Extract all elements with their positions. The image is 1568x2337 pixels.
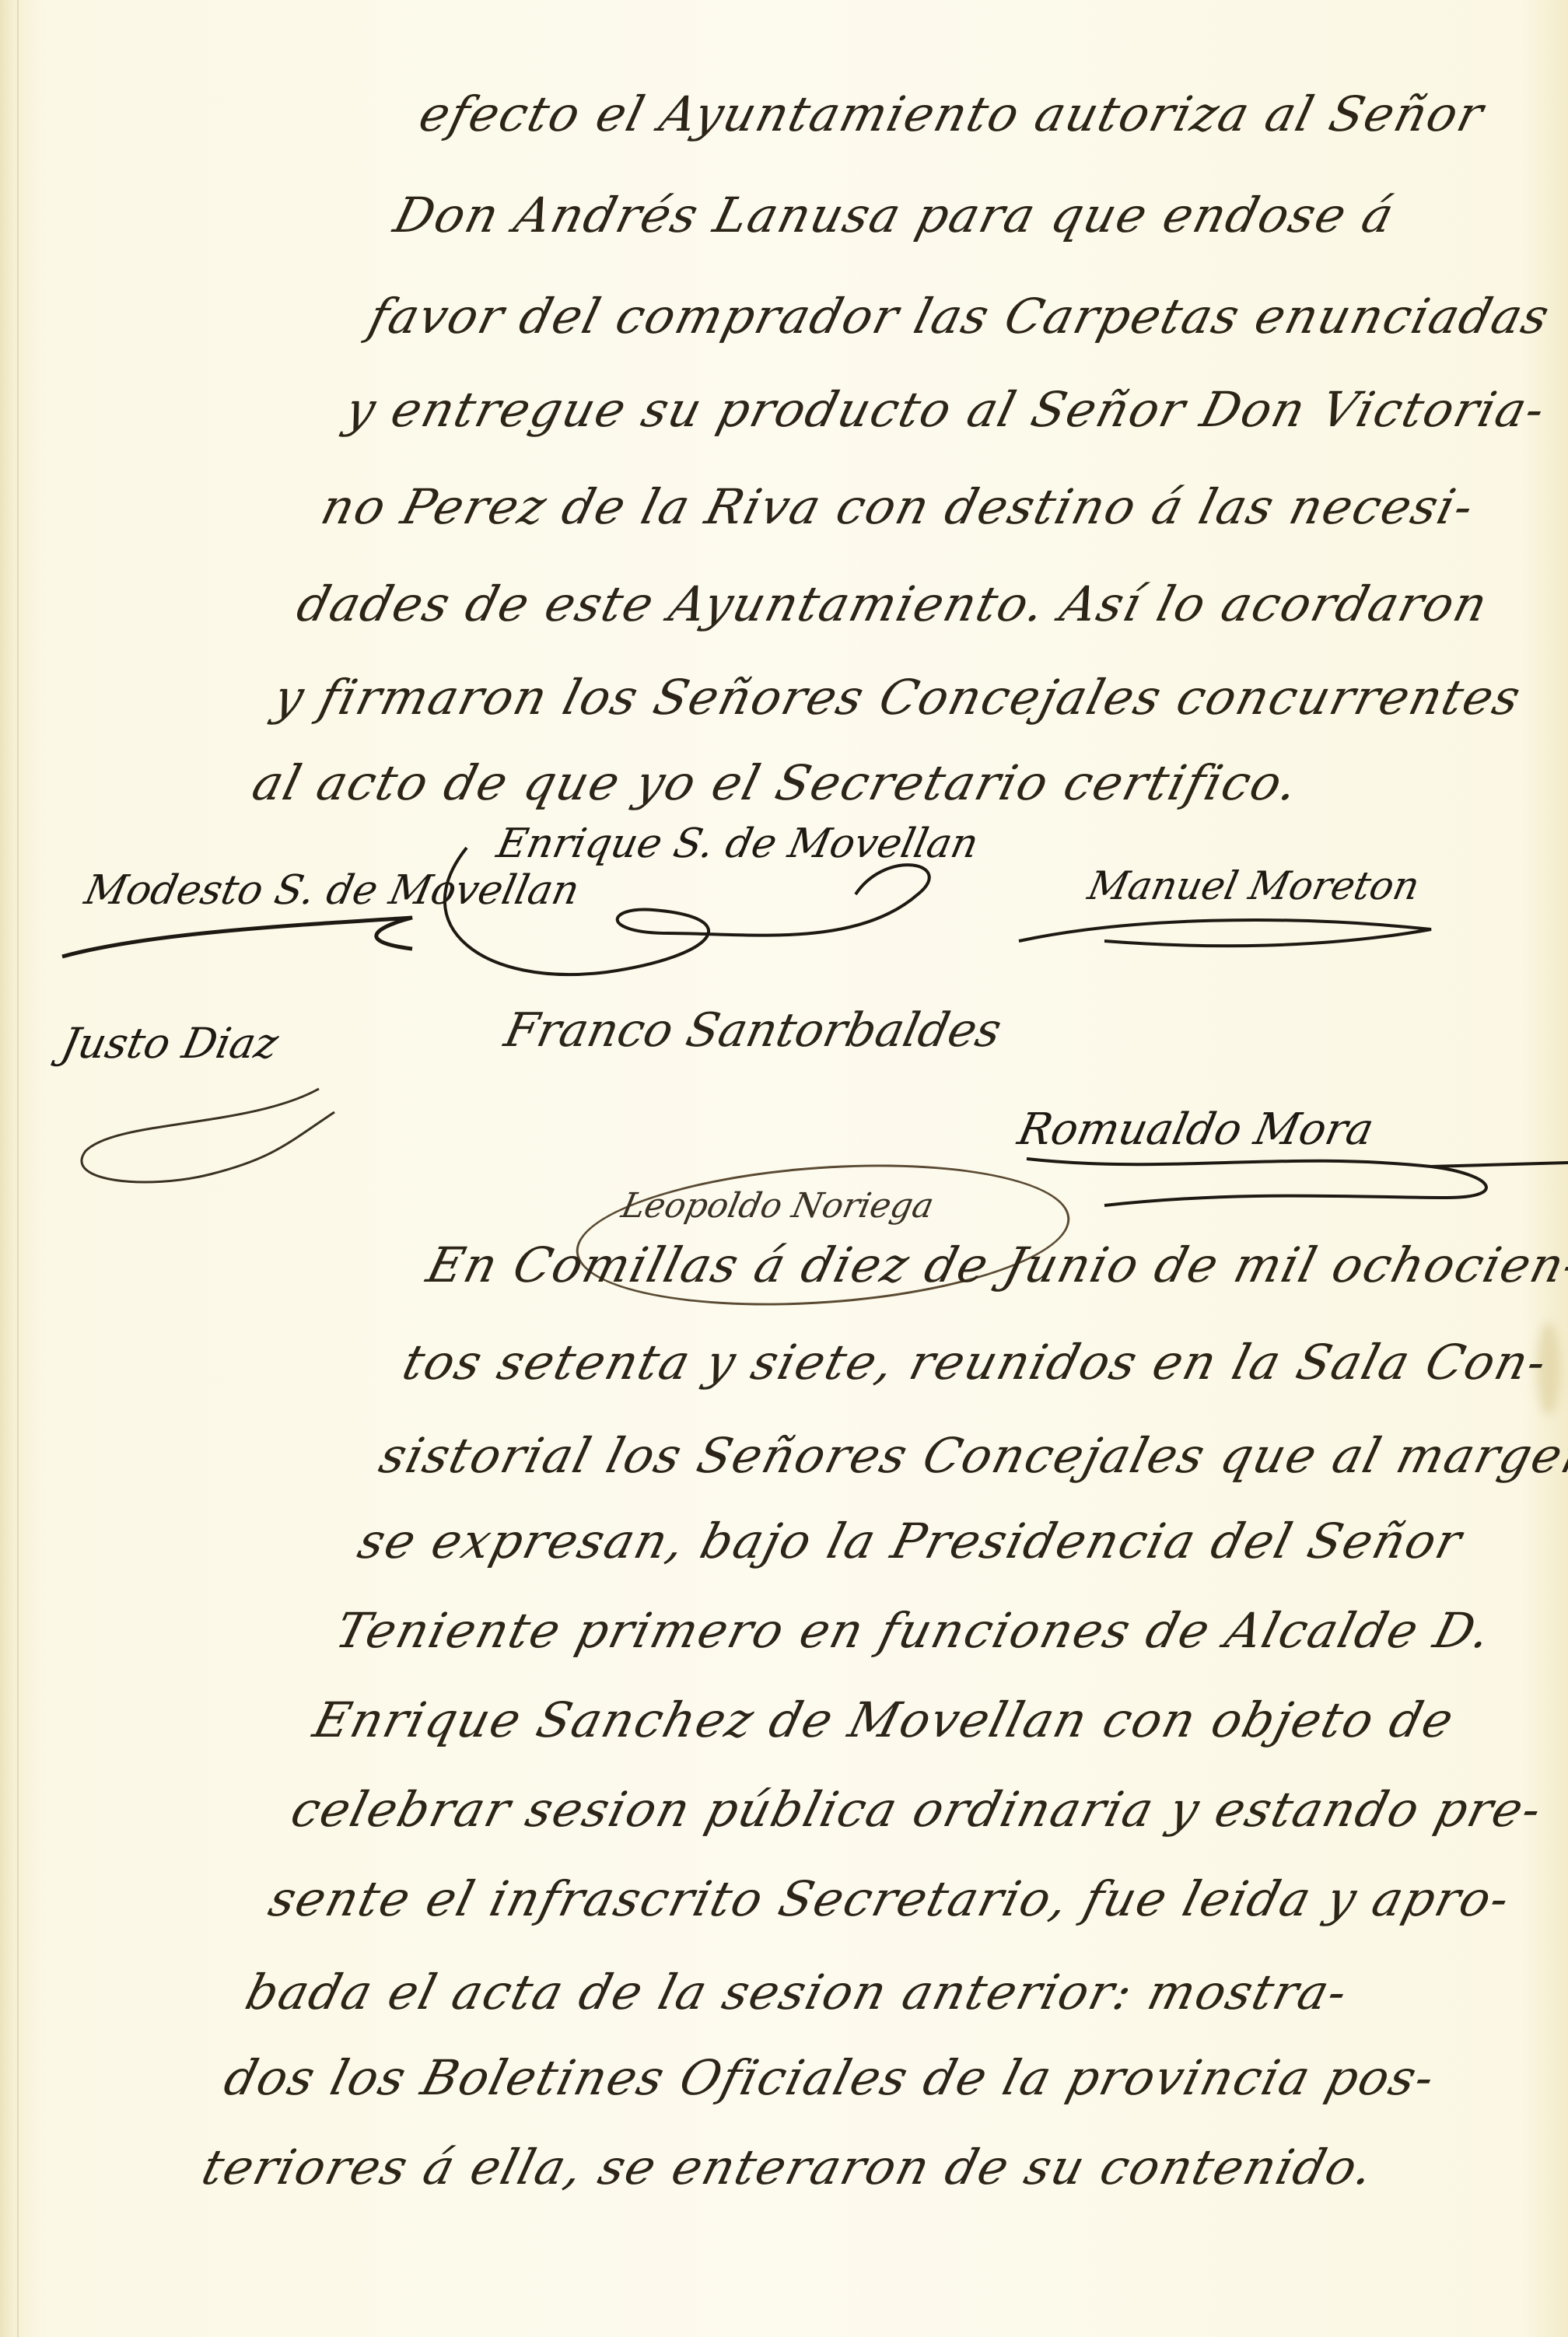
text-line: efecto el Ayuntamiento autoriza al Señor: [414, 86, 1490, 142]
text-line: no Perez de la Riva con destino á las ne…: [316, 478, 1481, 535]
signature-seal-oval: [572, 1149, 1075, 1321]
text-line: bada el acta de la sesion anterior: most…: [240, 1964, 1354, 2020]
signature-justo: Justo Diaz: [57, 1019, 282, 1068]
signature-flourish: [54, 1081, 381, 1198]
text-line: Teniente primero en funciones de Alcalde…: [331, 1602, 1498, 1659]
signature-manuel: Manuel Moreton: [1084, 863, 1423, 908]
text-line: y entregue su producto al Señor Don Vict…: [340, 381, 1552, 438]
signature-enrique: Enrique S. de Movellan: [493, 820, 983, 867]
text-line: sente el infrascrito Secretario, fue lei…: [264, 1870, 1517, 1927]
signature-romualdo: Romualdo Mora: [1013, 1104, 1378, 1155]
text-line: y firmaron los Señores Concejales concur…: [268, 669, 1528, 726]
text-line: favor del comprador las Carpetas enuncia…: [363, 288, 1556, 345]
signature-leopoldo: Leopoldo Noriega: [618, 1186, 937, 1226]
manuscript-page: efecto el Ayuntamiento autoriza al Señor…: [0, 0, 1568, 2337]
signature-francisco: Franco Santorbaldes: [500, 1003, 1006, 1058]
text-line: dos los Boletines Oficiales de la provin…: [219, 2049, 1441, 2106]
text-line: al acto de que yo el Secretario certific…: [247, 754, 1305, 811]
signature-flourish: [1011, 910, 1447, 957]
text-line: En Comillas á diez de Junio de mil ochoc…: [422, 1237, 1568, 1293]
text-line: se expresan, bajo la Presidencia del Señ…: [352, 1513, 1468, 1569]
text-line: tos setenta y siete, reunidos en la Sala…: [397, 1334, 1554, 1391]
text-line: dades de este Ayuntamiento. Así lo acord…: [292, 576, 1495, 632]
text-line: teriores á ella, se enteraron de su cont…: [197, 2139, 1381, 2195]
text-line: Don Andrés Lanusa para que endose á: [388, 187, 1400, 243]
text-line: celebrar sesion pública ordinaria y esta…: [285, 1781, 1549, 1838]
signature-modesto: Modesto S. de Movellan: [81, 867, 584, 914]
text-line: Enrique Sanchez de Movellan con objeto d…: [308, 1692, 1461, 1748]
text-line: sistorial los Señores Concejales que al …: [374, 1427, 1568, 1484]
